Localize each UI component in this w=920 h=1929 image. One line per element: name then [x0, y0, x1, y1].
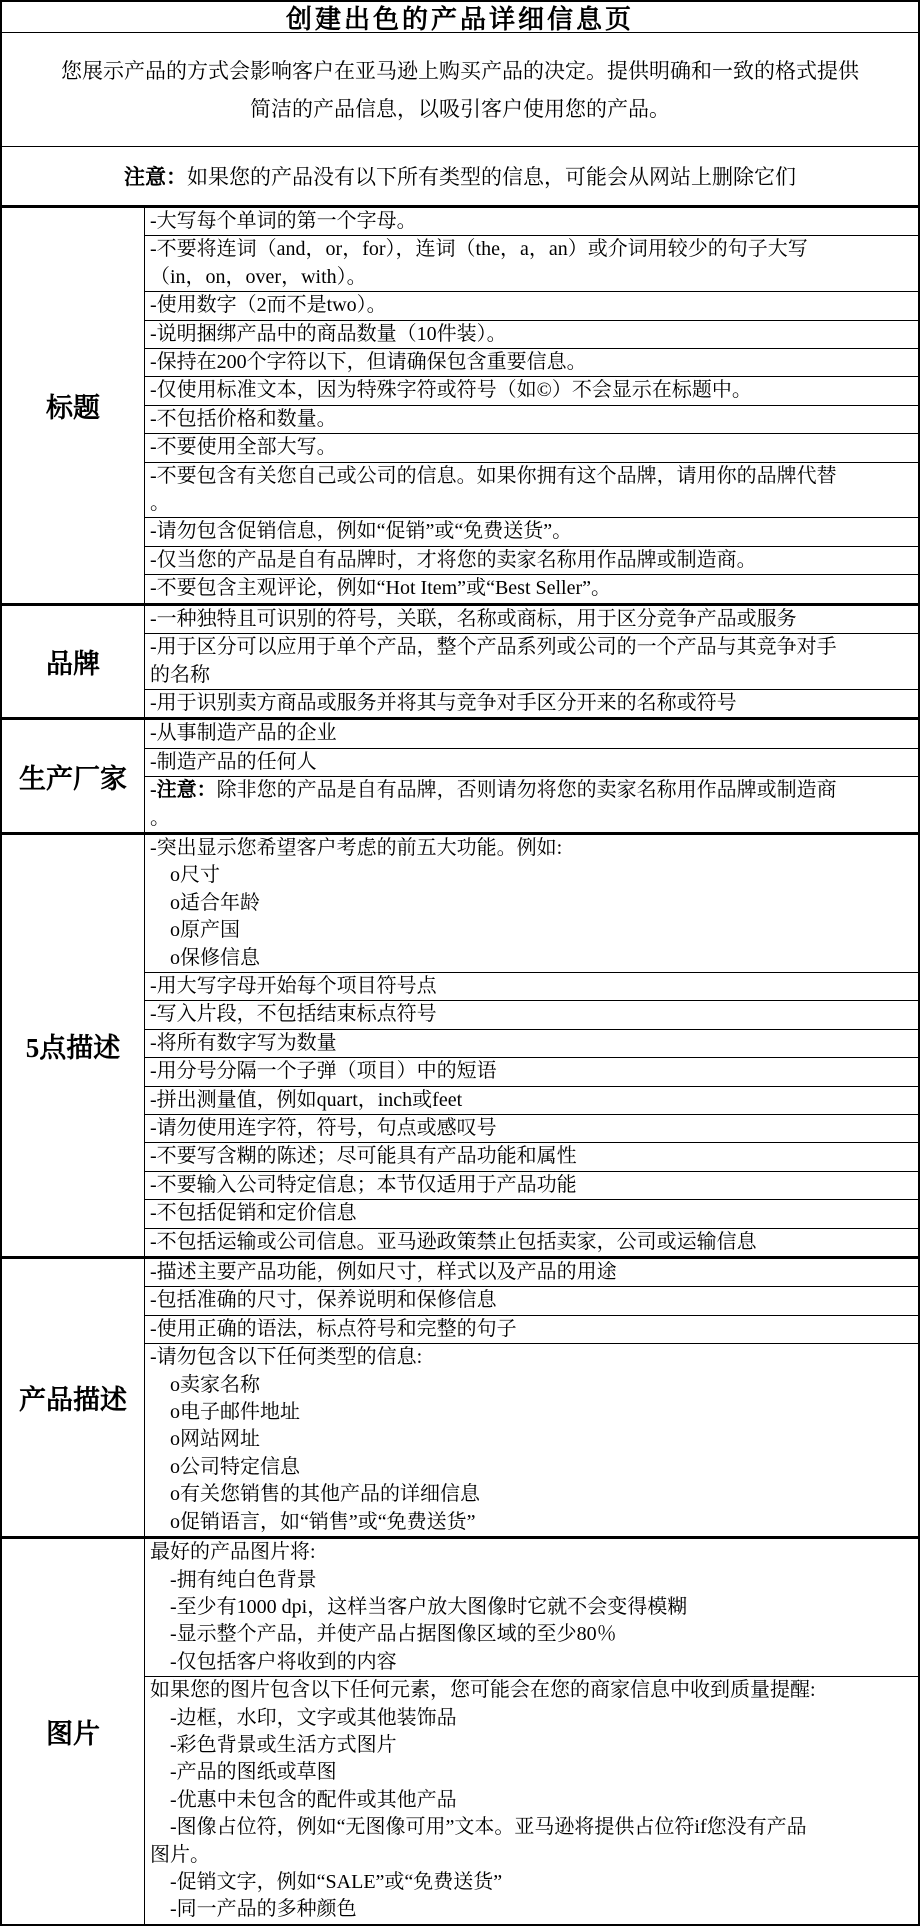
- section-label: 图片: [2, 1539, 145, 1924]
- guideline-item-emphasis: -注意：: [150, 779, 217, 801]
- guideline-item: -用分号分隔一个子弹（项目）中的短语: [145, 1057, 918, 1085]
- notice-label: 注意：: [124, 161, 187, 191]
- table-section: 5点描述 -突出显示您希望客户考虑的前五大功能。例如: o尺寸 o适合年龄 o原…: [2, 832, 918, 1256]
- guidelines-document: 创建出色的产品详细信息页 您展示产品的方式会影响客户在亚马逊上购买产品的决定。提…: [0, 0, 920, 1926]
- section-content: -一种独特且可识别的符号，关联，名称或商标，用于区分竞争产品或服务-用于区分可以…: [145, 606, 918, 718]
- guideline-item: 如果您的图片包含以下任何元素，您可能会在您的商家信息中收到质量提醒: -边框，水…: [145, 1676, 918, 1924]
- notice-row: 注意：如果您的产品没有以下所有类型的信息，可能会从网站上删除它们: [2, 147, 918, 205]
- guideline-item: -突出显示您希望客户考虑的前五大功能。例如: o尺寸 o适合年龄 o原产国 o保…: [145, 835, 918, 972]
- section-label: 5点描述: [2, 835, 145, 1256]
- guideline-item: -不要将连词（and，or，for），连词（the，a，an）或介词用较少的句子…: [145, 235, 918, 291]
- table-section: 标题 -大写每个单词的第一个字母。-不要将连词（and，or，for），连词（t…: [2, 205, 918, 603]
- guideline-item: -不包括运输或公司信息。亚马逊政策禁止包括卖家，公司或运输信息: [145, 1228, 918, 1256]
- guideline-item: -将所有数字写为数量: [145, 1029, 918, 1057]
- guideline-item: -仅使用标准文本，因为特殊字符或符号（如©）不会显示在标题中。: [145, 376, 918, 404]
- guideline-item: -不要使用全部大写。: [145, 433, 918, 461]
- guidelines-table: 标题 -大写每个单词的第一个字母。-不要将连词（and，or，for），连词（t…: [2, 205, 918, 1924]
- section-label: 标题: [2, 208, 145, 603]
- table-section: 生产厂家 -从事制造产品的企业-制造产品的任何人-注意：除非您的产品是自有品牌，…: [2, 717, 918, 832]
- table-section: 品牌 -一种独特且可识别的符号，关联，名称或商标，用于区分竞争产品或服务-用于区…: [2, 603, 918, 718]
- guideline-item: -用大写字母开始每个项目符号点: [145, 972, 918, 1000]
- guideline-item: -请勿包含促销信息，例如“促销”或“免费送货”。: [145, 517, 918, 545]
- section-content: -描述主要产品功能，例如尺寸，样式以及产品的用途-包括准确的尺寸，保养说明和保修…: [145, 1259, 918, 1536]
- guideline-item: -使用正确的语法，标点符号和完整的句子: [145, 1315, 918, 1343]
- guideline-item: -描述主要产品功能，例如尺寸，样式以及产品的用途: [145, 1259, 918, 1286]
- table-section: 产品描述 -描述主要产品功能，例如尺寸，样式以及产品的用途-包括准确的尺寸，保养…: [2, 1256, 918, 1536]
- guideline-item: -请勿使用连字符，符号，句点或感叹号: [145, 1114, 918, 1142]
- guideline-item: -注意：除非您的产品是自有品牌，否则请勿将您的卖家名称用作品牌或制造商 。: [145, 776, 918, 832]
- section-content: -从事制造产品的企业-制造产品的任何人-注意：除非您的产品是自有品牌，否则请勿将…: [145, 720, 918, 832]
- intro-paragraph: 您展示产品的方式会影响客户在亚马逊上购买产品的决定。提供明确和一致的格式提供 简…: [2, 33, 918, 147]
- guideline-item: -不要包含有关您自己或公司的信息。如果你拥有这个品牌，请用你的品牌代替 。: [145, 462, 918, 518]
- guideline-item: -一种独特且可识别的符号，关联，名称或商标，用于区分竞争产品或服务: [145, 606, 918, 633]
- guideline-item: 最好的产品图片将: -拥有纯白色背景 -至少有1000 dpi，这样当客户放大图…: [145, 1539, 918, 1676]
- guideline-item: -大写每个单词的第一个字母。: [145, 208, 918, 235]
- notice-text: 如果您的产品没有以下所有类型的信息，可能会从网站上删除它们: [187, 161, 796, 191]
- section-label: 品牌: [2, 606, 145, 718]
- guideline-item: -不包括促销和定价信息: [145, 1199, 918, 1227]
- section-content: -大写每个单词的第一个字母。-不要将连词（and，or，for），连词（the，…: [145, 208, 918, 603]
- guideline-item: -不要输入公司特定信息；本节仅适用于产品功能: [145, 1171, 918, 1199]
- guideline-item: -写入片段，不包括结束标点符号: [145, 1000, 918, 1028]
- guideline-item: -不要包含主观评论，例如“Hot Item”或“Best Seller”。: [145, 574, 918, 602]
- guideline-item: -保持在200个字符以下，但请确保包含重要信息。: [145, 348, 918, 376]
- guideline-item: -不包括价格和数量。: [145, 405, 918, 433]
- guideline-item: -拼出测量值，例如quart，inch或feet: [145, 1086, 918, 1114]
- guideline-item: -从事制造产品的企业: [145, 720, 918, 747]
- guideline-item: -使用数字（2而不是two）。: [145, 291, 918, 319]
- section-label: 生产厂家: [2, 720, 145, 832]
- guideline-item: -制造产品的任何人: [145, 748, 918, 776]
- guideline-item: -仅当您的产品是自有品牌时，才将您的卖家名称用作品牌或制造商。: [145, 546, 918, 574]
- guideline-item: -请勿包含以下任何类型的信息: o卖家名称 o电子邮件地址 o网站网址 o公司特…: [145, 1343, 918, 1536]
- guideline-item: -不要写含糊的陈述；尽可能具有产品功能和属性: [145, 1142, 918, 1170]
- guideline-item: -用于区分可以应用于单个产品，整个产品系列或公司的一个产品与其竞争对手 的名称: [145, 633, 918, 689]
- section-label: 产品描述: [2, 1259, 145, 1536]
- table-section: 图片 最好的产品图片将: -拥有纯白色背景 -至少有1000 dpi，这样当客户…: [2, 1536, 918, 1924]
- guideline-item: -用于识别卖方商品或服务并将其与竞争对手区分开来的名称或符号: [145, 689, 918, 717]
- section-content: -突出显示您希望客户考虑的前五大功能。例如: o尺寸 o适合年龄 o原产国 o保…: [145, 835, 918, 1256]
- guideline-item: -包括准确的尺寸，保养说明和保修信息: [145, 1286, 918, 1314]
- page-title: 创建出色的产品详细信息页: [2, 2, 918, 33]
- section-content: 最好的产品图片将: -拥有纯白色背景 -至少有1000 dpi，这样当客户放大图…: [145, 1539, 918, 1924]
- guideline-item-text: 除非您的产品是自有品牌，否则请勿将您的卖家名称用作品牌或制造商 。: [150, 779, 837, 828]
- guideline-item: -说明捆绑产品中的商品数量（10件装）。: [145, 320, 918, 348]
